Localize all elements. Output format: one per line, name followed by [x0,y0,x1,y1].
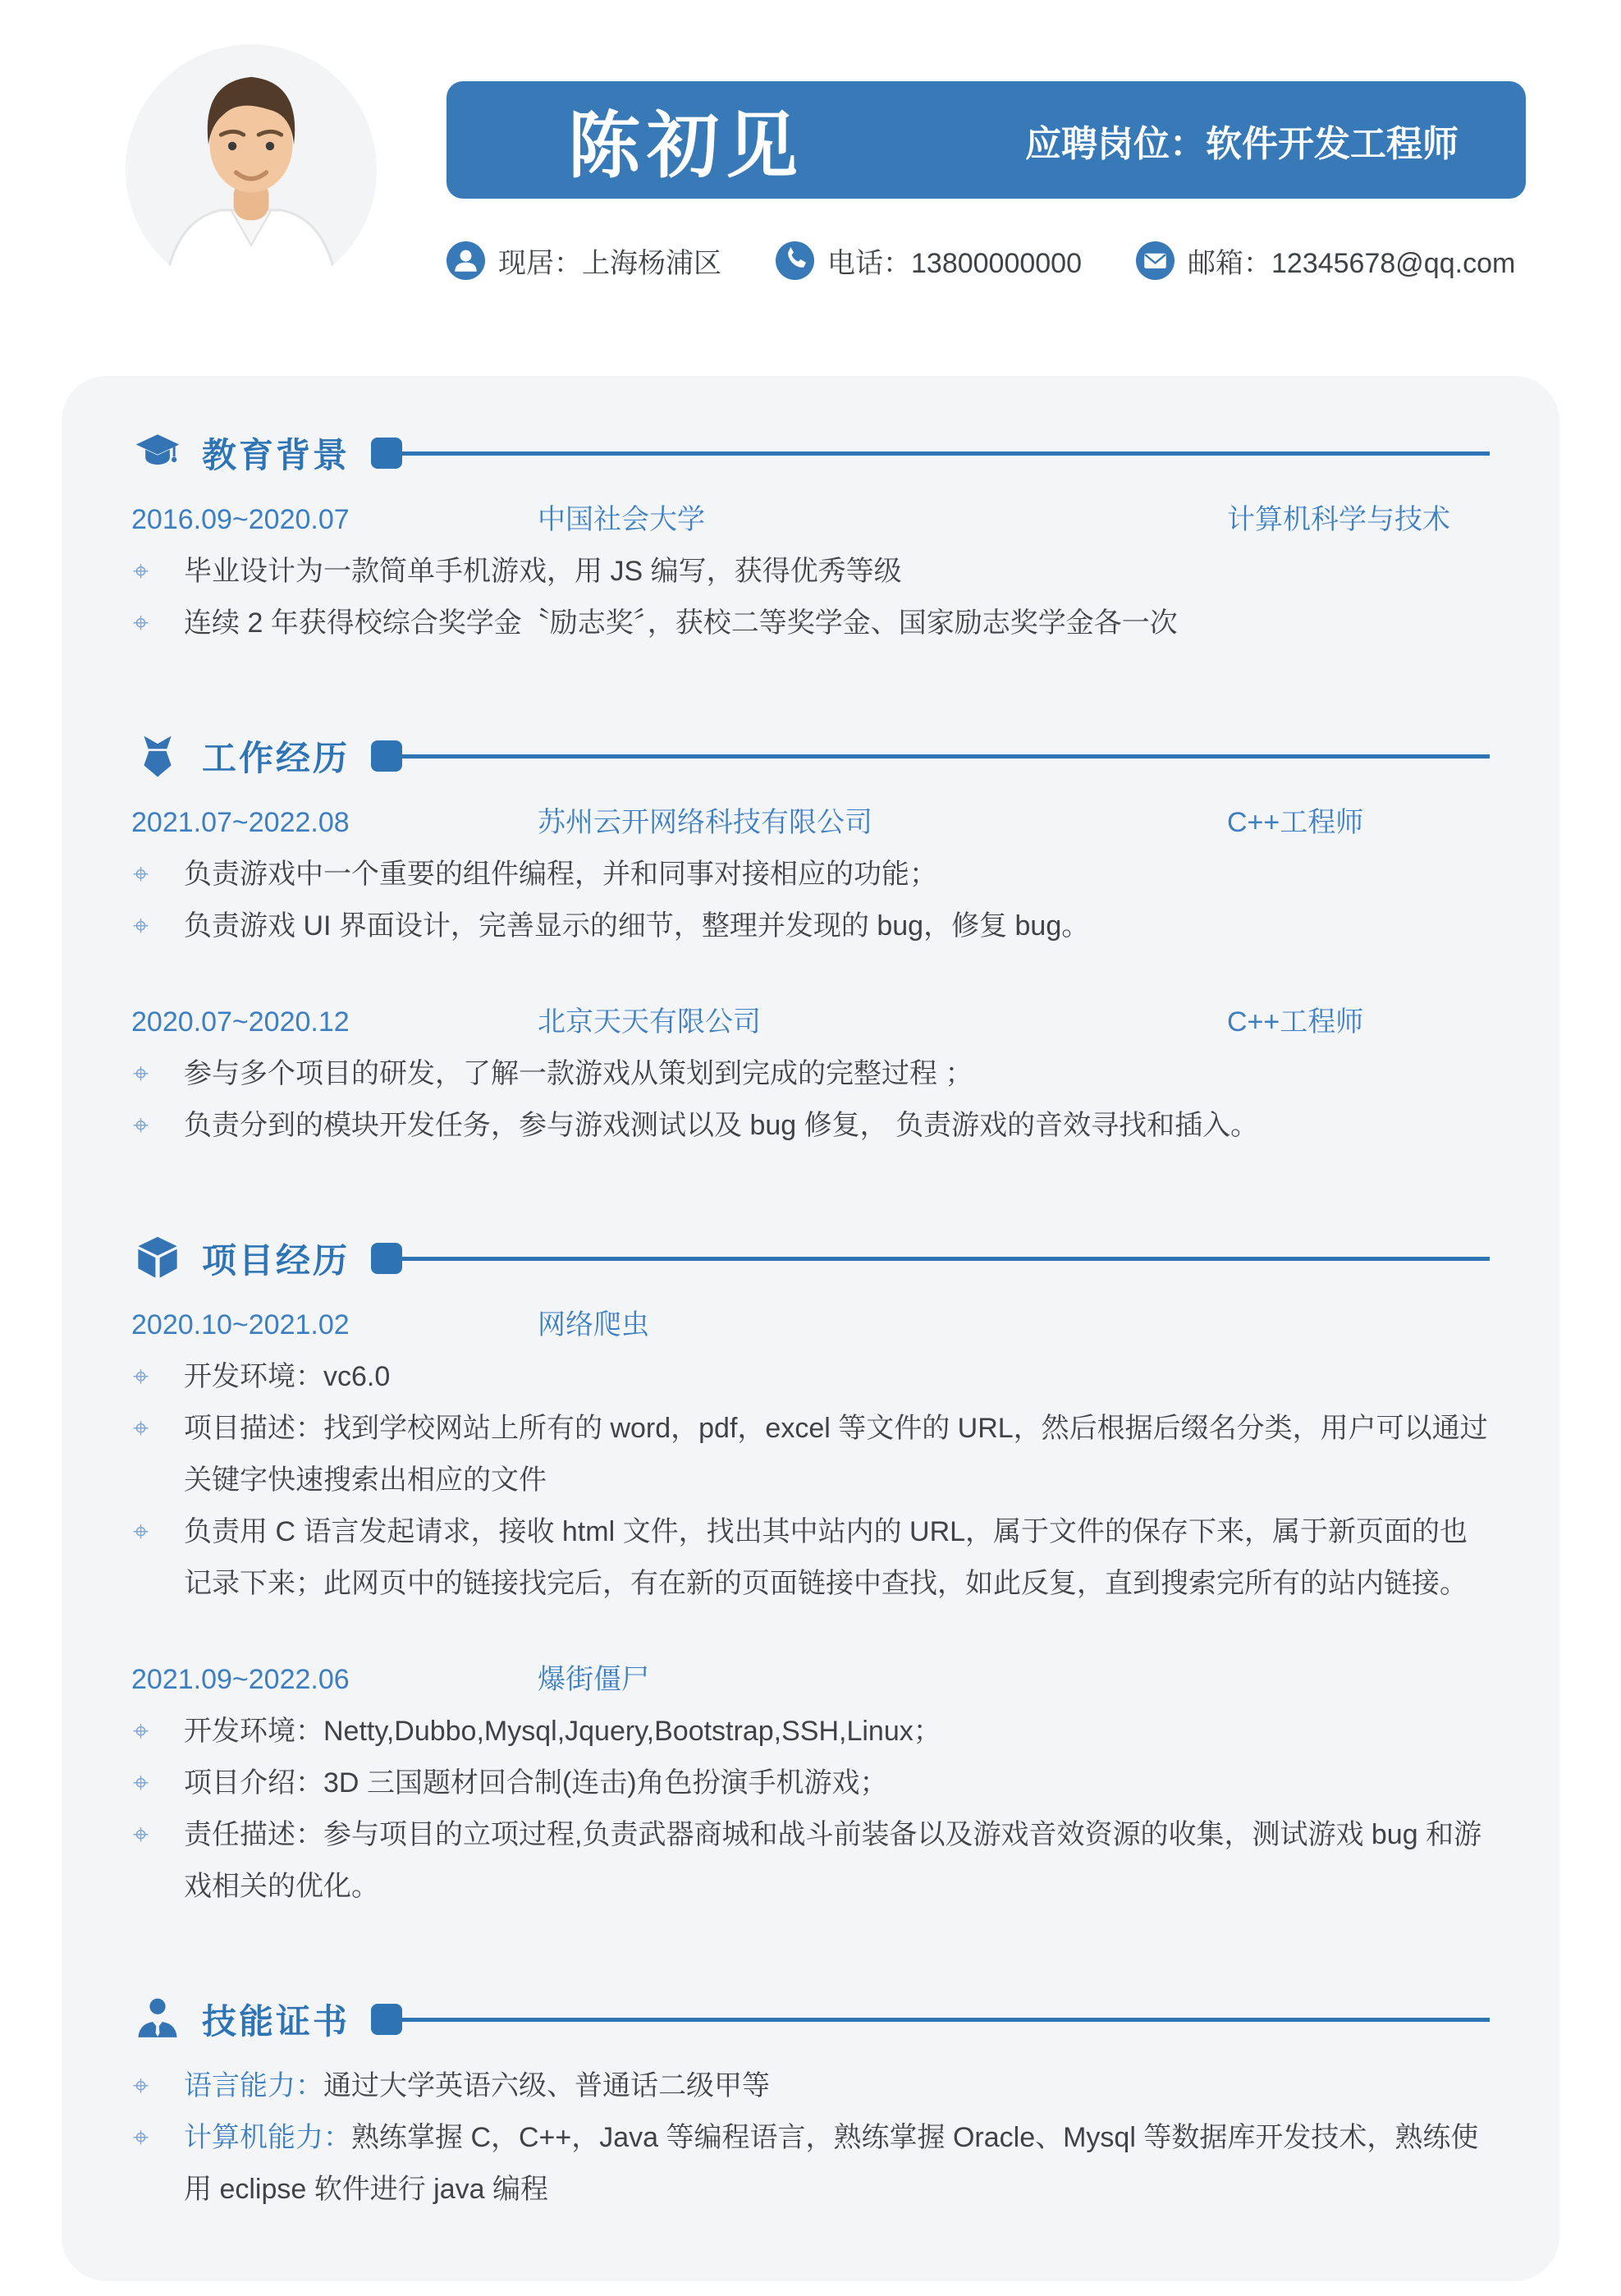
education-bullets: ⌖ 毕业设计为一款简单手机游戏，用 JS 编写，获得优秀等级 ⌖ 连续 2 年获… [131,546,1490,649]
list-item: ⌖ 计算机能力：熟练掌握 C，C++，Java 等编程语言，熟练掌握 Oracl… [131,2112,1490,2216]
resume-page: 陈初见 应聘岗位：软件开发工程师 现居：上海杨浦区 电话：13800000000 [0,0,1621,2281]
entry-extra [1227,1654,1490,1706]
crosshair-bullet-icon: ⌖ [131,546,184,598]
list-item: ⌖ 开发环境：Netty,Dubbo,Mysql,Jquery,Bootstra… [131,1706,1490,1758]
entry-project-name: 爆街僵尸 [538,1654,1227,1706]
target-position: 应聘岗位：软件开发工程师 [1025,114,1458,167]
phone-text: 电话：13800000000 [827,241,1082,281]
project-entry: 2021.09~2022.06 爆街僵尸 ⌖ 开发环境：Netty,Dubbo,… [131,1654,1490,1913]
section-education: 教育背景 2016.09~2020.07 中国社会大学 计算机科学与技术 ⌖ 毕… [131,428,1490,649]
content-panel: 教育背景 2016.09~2020.07 中国社会大学 计算机科学与技术 ⌖ 毕… [62,376,1559,2281]
title-rule [402,451,1490,456]
title-square-accent [371,2004,402,2035]
list-item: ⌖ 负责分到的模块开发任务，参与游戏测试以及 bug 修复， 负责游戏的音效寻找… [131,1100,1490,1152]
list-item: ⌖ 开发环境：vc6.0 [131,1351,1490,1403]
title-square-accent [371,438,402,469]
title-square-accent [371,1243,402,1274]
title-rule [402,1257,1490,1261]
list-item: ⌖ 责任描述：参与项目的立项过程,负责武器商城和战斗前装备以及游戏音效资源的收集… [131,1809,1490,1913]
entry-period: 2021.07~2022.08 [131,797,538,849]
crosshair-bullet-icon: ⌖ [131,1048,184,1100]
list-item: ⌖ 负责游戏 UI 界面设计，完善显示的细节，整理并发现的 bug，修复 bug… [131,901,1490,952]
tie-icon [135,733,181,779]
crosshair-bullet-icon: ⌖ [131,1351,184,1403]
entry-period: 2020.07~2020.12 [131,997,538,1048]
entry-period: 2020.10~2021.02 [131,1299,538,1351]
list-item: ⌖ 负责游戏中一个重要的组件编程，并和同事对接相应的功能； [131,849,1490,901]
residence-text: 现居：上海杨浦区 [498,241,721,281]
crosshair-bullet-icon: ⌖ [131,1758,184,1809]
work-bullets: ⌖ 负责游戏中一个重要的组件编程，并和同事对接相应的功能； ⌖ 负责游戏 UI … [131,849,1490,952]
skill-text: 熟练掌握 C，C++，Java 等编程语言，熟练掌握 Oracle、Mysql … [184,2122,1478,2205]
list-item: ⌖ 毕业设计为一款简单手机游戏，用 JS 编写，获得优秀等级 [131,546,1490,598]
candidate-name: 陈初见 [568,89,804,192]
crosshair-bullet-icon: ⌖ [131,1809,184,1913]
contact-phone: 电话：13800000000 [776,241,1082,281]
section-work: 工作经历 2021.07~2022.08 苏州云开网络科技有限公司 C++工程师… [131,731,1490,1152]
crosshair-bullet-icon: ⌖ [131,901,184,952]
entry-period: 2021.09~2022.06 [131,1654,538,1706]
name-banner: 陈初见 应聘岗位：软件开发工程师 [446,81,1526,199]
phone-circle-icon [776,241,814,280]
entry-period: 2016.09~2020.07 [131,494,538,546]
skills-header: 技能证书 [131,1995,1490,2044]
project-bullets: ⌖ 开发环境：vc6.0 ⌖ 项目描述：找到学校网站上所有的 word，pdf，… [131,1351,1490,1610]
project-entry: 2020.10~2021.02 网络爬虫 ⌖ 开发环境：vc6.0 ⌖ 项目描述… [131,1299,1490,1610]
entry-company: 北京天天有限公司 [538,997,1227,1048]
crosshair-bullet-icon: ⌖ [131,1506,184,1610]
crosshair-bullet-icon: ⌖ [131,2112,184,2216]
entry-project-name: 网络爬虫 [538,1299,1227,1351]
work-header: 工作经历 [131,731,1490,781]
skill-label: 计算机能力： [184,2122,351,2153]
work-entry-head: 2020.07~2020.12 北京天天有限公司 C++工程师 [131,997,1490,1048]
contact-email: 邮箱：12345678@qq.com [1136,241,1515,281]
list-item: ⌖ 连续 2 年获得校综合奖学金〝励志奖〞，获校二等奖学金、国家励志奖学金各一次 [131,598,1490,649]
mail-circle-icon [1136,241,1175,280]
project-entry-head: 2020.10~2021.02 网络爬虫 [131,1299,1490,1351]
list-item: ⌖ 负责用 C 语言发起请求，接收 html 文件，找出其中站内的 URL，属于… [131,1506,1490,1610]
crosshair-bullet-icon: ⌖ [131,1403,184,1506]
crosshair-bullet-icon: ⌖ [131,1706,184,1758]
crosshair-bullet-icon: ⌖ [131,1100,184,1152]
education-title: 教育背景 [202,428,350,478]
project-bullets: ⌖ 开发环境：Netty,Dubbo,Mysql,Jquery,Bootstra… [131,1706,1490,1913]
work-bullets: ⌖ 参与多个项目的研发，了解一款游戏从策划到完成的完整过程 ； ⌖ 负责分到的模… [131,1048,1490,1152]
skills-title: 技能证书 [202,1995,350,2044]
title-square-accent [371,740,402,772]
list-item: ⌖ 语言能力：通过大学英语六级、普通话二级甲等 [131,2060,1490,2112]
section-skills: 技能证书 ⌖ 语言能力：通过大学英语六级、普通话二级甲等 ⌖ 计算机能力：熟练掌… [131,1995,1490,2216]
section-projects: 项目经历 2020.10~2021.02 网络爬虫 ⌖ 开发环境：vc6.0 ⌖ [131,1234,1490,1913]
businessman-icon [135,1996,181,2042]
title-rule [402,2018,1490,2022]
education-entry-head: 2016.09~2020.07 中国社会大学 计算机科学与技术 [131,494,1490,546]
skill-label: 语言能力： [184,2070,323,2101]
person-circle-icon [446,241,485,280]
email-text: 邮箱：12345678@qq.com [1188,241,1515,281]
portrait-illustration [126,44,377,296]
list-item: ⌖ 参与多个项目的研发，了解一款游戏从策划到完成的完整过程 ； [131,1048,1490,1100]
entry-company: 苏州云开网络科技有限公司 [538,797,1227,849]
title-rule [402,754,1490,758]
crosshair-bullet-icon: ⌖ [131,598,184,649]
work-entry: 2020.07~2020.12 北京天天有限公司 C++工程师 ⌖ 参与多个项目… [131,997,1490,1152]
projects-title: 项目经历 [202,1234,350,1283]
entry-role: C++工程师 [1227,997,1490,1048]
entry-extra [1227,1299,1490,1351]
cube-icon [135,1235,181,1281]
graduation-cap-icon [135,430,181,476]
list-item: ⌖ 项目介绍：3D 三国题材回合制(连击)角色扮演手机游戏； [131,1758,1490,1809]
entry-role: C++工程师 [1227,797,1490,849]
profile-photo [126,44,377,296]
list-item: ⌖ 项目描述：找到学校网站上所有的 word，pdf，excel 等文件的 UR… [131,1403,1490,1506]
work-entry-head: 2021.07~2022.08 苏州云开网络科技有限公司 C++工程师 [131,797,1490,849]
education-header: 教育背景 [131,428,1490,478]
resume-header: 陈初见 应聘岗位：软件开发工程师 现居：上海杨浦区 电话：13800000000 [0,0,1621,376]
projects-header: 项目经历 [131,1234,1490,1283]
skills-bullets: ⌖ 语言能力：通过大学英语六级、普通话二级甲等 ⌖ 计算机能力：熟练掌握 C，C… [131,2060,1490,2216]
crosshair-bullet-icon: ⌖ [131,849,184,901]
contact-row: 现居：上海杨浦区 电话：13800000000 邮箱：12345678@qq.c… [446,241,1569,281]
crosshair-bullet-icon: ⌖ [131,2060,184,2112]
skill-text: 通过大学英语六级、普通话二级甲等 [323,2070,770,2101]
project-entry-head: 2021.09~2022.06 爆街僵尸 [131,1654,1490,1706]
education-entry: 2016.09~2020.07 中国社会大学 计算机科学与技术 ⌖ 毕业设计为一… [131,494,1490,649]
entry-major: 计算机科学与技术 [1227,494,1490,546]
work-entry: 2021.07~2022.08 苏州云开网络科技有限公司 C++工程师 ⌖ 负责… [131,797,1490,952]
entry-school: 中国社会大学 [538,494,1227,546]
contact-residence: 现居：上海杨浦区 [446,241,721,281]
work-title: 工作经历 [202,731,350,781]
